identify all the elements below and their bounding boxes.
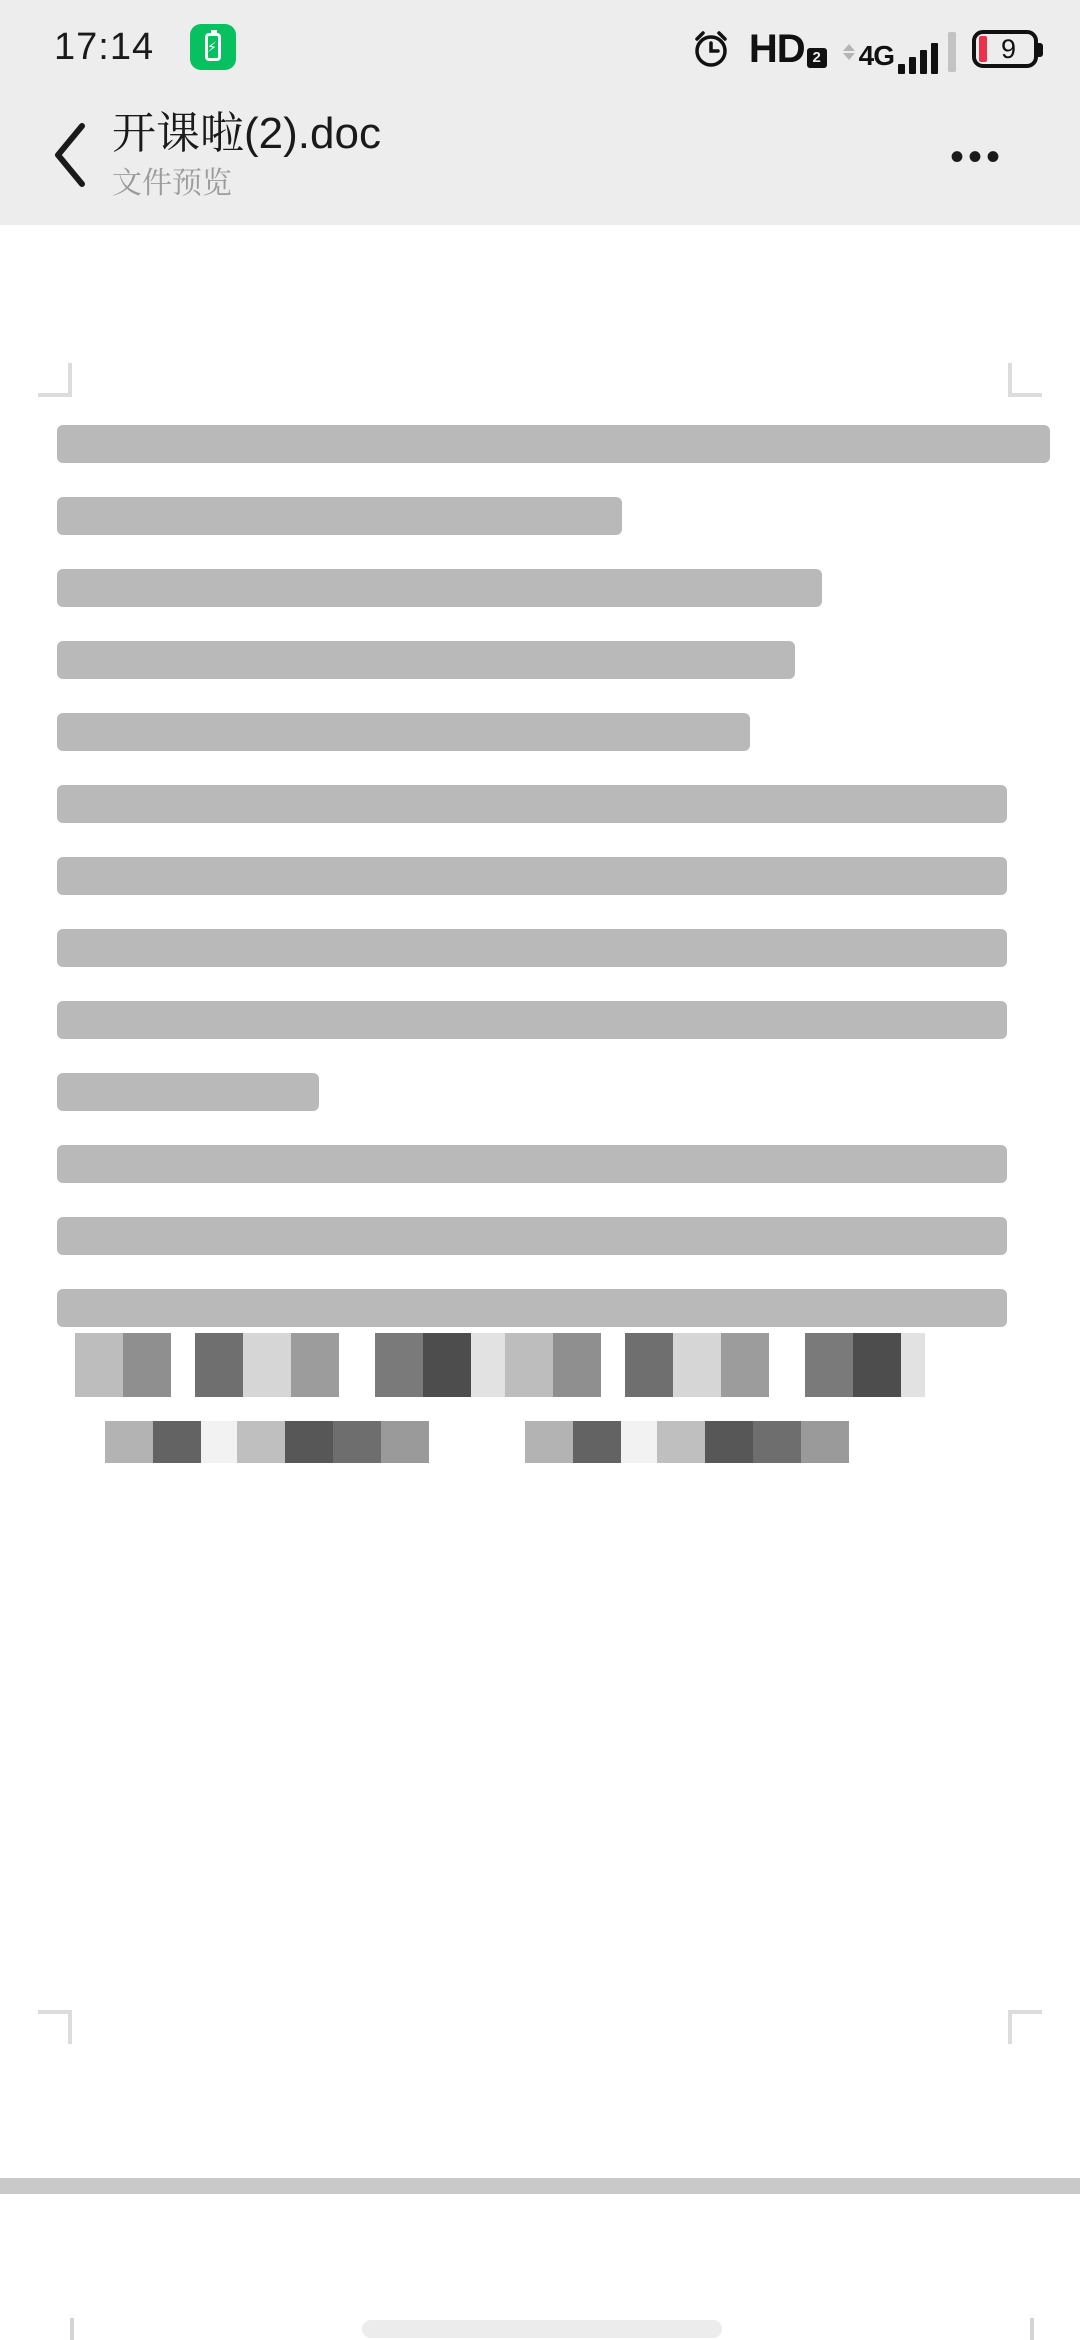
nav-bar: 开课啦(2).doc 文件预览 ••• <box>0 92 1080 225</box>
network-type-label: 4G <box>859 40 894 72</box>
document-title: 开课啦(2).doc <box>112 106 381 162</box>
alarm-clock-icon <box>689 27 733 71</box>
redacted-text-line <box>57 1145 1007 1183</box>
redacted-text-line <box>57 713 750 751</box>
pixelated-censored-row <box>75 1333 925 1397</box>
redacted-text-line <box>57 1217 1007 1255</box>
page-corner-mark <box>1008 2010 1042 2044</box>
battery-percent-label: 9 <box>987 34 1034 65</box>
redacted-text-line <box>57 929 1007 967</box>
redacted-text-line <box>57 857 1007 895</box>
more-menu-button[interactable]: ••• <box>932 122 1022 192</box>
back-chevron-icon <box>50 120 90 190</box>
page-corner-mark <box>38 363 72 397</box>
data-transfer-arrows-icon <box>843 44 855 60</box>
status-bar: 17:14 HD 2 <box>0 0 1080 92</box>
app-chrome: 17:14 HD 2 <box>0 0 1080 225</box>
charging-app-icon <box>190 24 236 70</box>
pixelated-censored-row <box>75 1421 890 1463</box>
status-icons: HD 2 4G 9 <box>689 22 1038 76</box>
redacted-text-line <box>57 569 822 607</box>
clock-time: 17:14 <box>54 26 154 69</box>
redacted-text-line <box>57 641 795 679</box>
sim2-signal-icon <box>948 32 956 72</box>
page-separator <box>0 2178 1080 2194</box>
phone-screen: 17:14 HD 2 <box>0 0 1080 2340</box>
battery-charging-icon <box>205 33 221 61</box>
page-corner-mark <box>1008 363 1042 397</box>
next-page-edge-mark <box>70 2318 74 2340</box>
page-corner-mark <box>38 2010 72 2044</box>
title-block: 开课啦(2).doc 文件预览 <box>112 106 381 206</box>
signal-bars-icon <box>898 43 938 74</box>
redacted-text-line <box>57 785 1007 823</box>
document-preview-page[interactable] <box>0 225 1080 2340</box>
battery-icon: 9 <box>972 30 1038 68</box>
hd-voice-indicator: HD 2 <box>749 27 827 72</box>
redacted-text-line <box>57 1073 319 1111</box>
redacted-text-line <box>57 1289 1007 1327</box>
next-page-placeholder <box>362 2320 722 2338</box>
battery-low-fill <box>979 36 987 62</box>
redacted-text-line <box>57 497 622 535</box>
next-page-edge-mark <box>1030 2318 1034 2340</box>
network-signal-indicator: 4G <box>843 24 956 74</box>
hd-sim-badge: 2 <box>807 48 827 68</box>
redacted-text-line <box>57 425 1050 463</box>
hd-label: HD <box>749 27 805 72</box>
preview-subtitle: 文件预览 <box>112 162 381 206</box>
back-button[interactable] <box>30 100 110 210</box>
redacted-text-line <box>57 1001 1007 1039</box>
